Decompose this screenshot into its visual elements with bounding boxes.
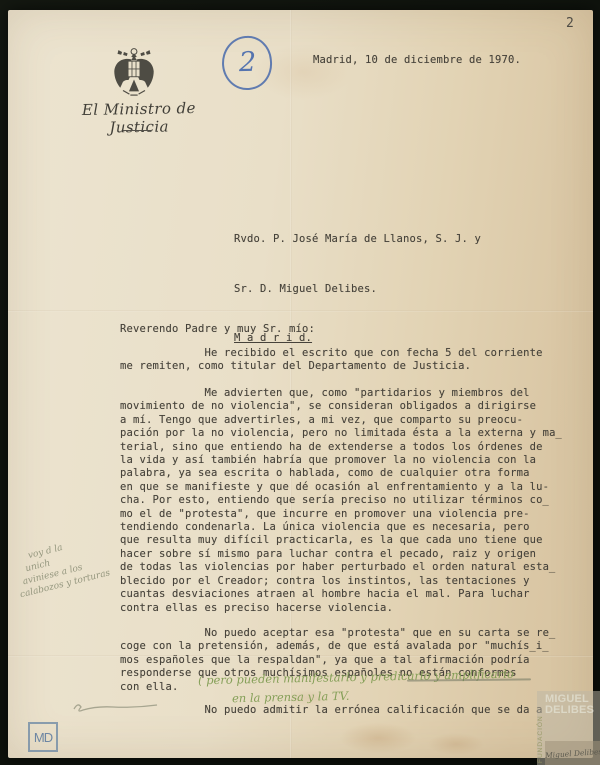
date-line: Madrid, 10 de diciembre de 1970. xyxy=(313,54,521,67)
text-line: la vida y así también habría que promove… xyxy=(120,454,562,467)
text-line: que resulta muy difícil practicarla, es … xyxy=(120,534,562,547)
text-line: cuantas desviaciones atraen al hombre ha… xyxy=(120,588,562,601)
text-line: Me advierten que, como "partidarios y mi… xyxy=(120,387,562,400)
watermark-name-line-2: DELIBES xyxy=(545,705,600,716)
text-line: tendiendo condenarla. La única violencia… xyxy=(120,521,562,534)
watermark-foundation-label: FUNDACIÓN xyxy=(537,691,545,765)
text-line: contra ellas es preciso hacerse violenci… xyxy=(120,602,562,615)
text-line: movimiento de no violencia", se consider… xyxy=(120,400,562,413)
paragraph-2: Me advierten que, como "partidarios y mi… xyxy=(120,387,562,615)
letterhead-underline xyxy=(123,130,151,131)
page-number: 2 xyxy=(566,16,574,31)
text-line: mos españoles que la respaldan", ya que … xyxy=(120,654,555,667)
watermark-signature: Miguel Delibes xyxy=(545,747,600,760)
recipient-line-1: Rvdo. P. José María de Llanos, S. J. y xyxy=(234,231,481,248)
paragraph-4: No puedo admitir la errónea calificación… xyxy=(120,704,543,717)
text-line: a mí. Tengo que advertirles, a mi vez, q… xyxy=(120,414,562,427)
green-handwritten-note-line-2: en la prensa y la TV. xyxy=(232,689,350,705)
text-line: terial, sino que entiendo ha de extender… xyxy=(120,441,562,454)
circled-number-annotation: 2 xyxy=(220,34,275,92)
text-line: en que se manifieste y que dé ocasión al… xyxy=(120,481,562,494)
text-line: He recibido el escrito que con fecha 5 d… xyxy=(120,347,543,360)
circled-number-value: 2 xyxy=(239,46,257,77)
salutation: Reverendo Padre y muy Sr. mío: xyxy=(120,323,315,336)
coat-of-arms-icon xyxy=(112,46,156,106)
pencil-squiggle-annotation xyxy=(70,698,162,718)
text-line: hacer sobre sí mismo para luchar contra … xyxy=(120,548,562,561)
text-line: coge con la pretensión, además, de que e… xyxy=(120,640,555,653)
text-line: blecido por el Creador; contra los insti… xyxy=(120,575,562,588)
archive-watermark: FUNDACIÓN MIGUEL DELIBES Miguel Delibes xyxy=(537,691,600,765)
watermark-main: MIGUEL DELIBES Miguel Delibes xyxy=(545,691,600,765)
text-line: de todas las violencias por haber pertur… xyxy=(120,561,562,574)
text-line: cha. Por esto, entiendo que sería precis… xyxy=(120,494,562,507)
text-line: me remiten, como titular del Departament… xyxy=(120,360,543,373)
text-line: No puedo aceptar esa "protesta" que en s… xyxy=(120,627,555,640)
text-line: No puedo admitir la errónea calificación… xyxy=(120,704,543,717)
photo-of-letter: { "photo": { "corner_page_number": "2" }… xyxy=(0,0,600,765)
text-line: pación por la no violencia, pero no limi… xyxy=(120,427,562,440)
text-line: mo el de "protesta", que incurre en prom… xyxy=(120,508,562,521)
text-line: palabra, ya sea escrita o hablada, como … xyxy=(120,467,562,480)
watermark-name: MIGUEL DELIBES xyxy=(545,694,600,715)
md-monogram-stamp: MD xyxy=(28,722,58,752)
watermark-signature-band: Miguel Delibes xyxy=(545,741,600,765)
watermark-name-line-1: MIGUEL xyxy=(545,694,600,705)
paragraph-1: He recibido el escrito que con fecha 5 d… xyxy=(120,347,543,374)
letter-page: 2 xyxy=(8,10,593,758)
letterhead-office-title: El Ministro de Justicia xyxy=(53,99,226,138)
recipient-line-2: Sr. D. Miguel Delibes. xyxy=(234,281,481,298)
